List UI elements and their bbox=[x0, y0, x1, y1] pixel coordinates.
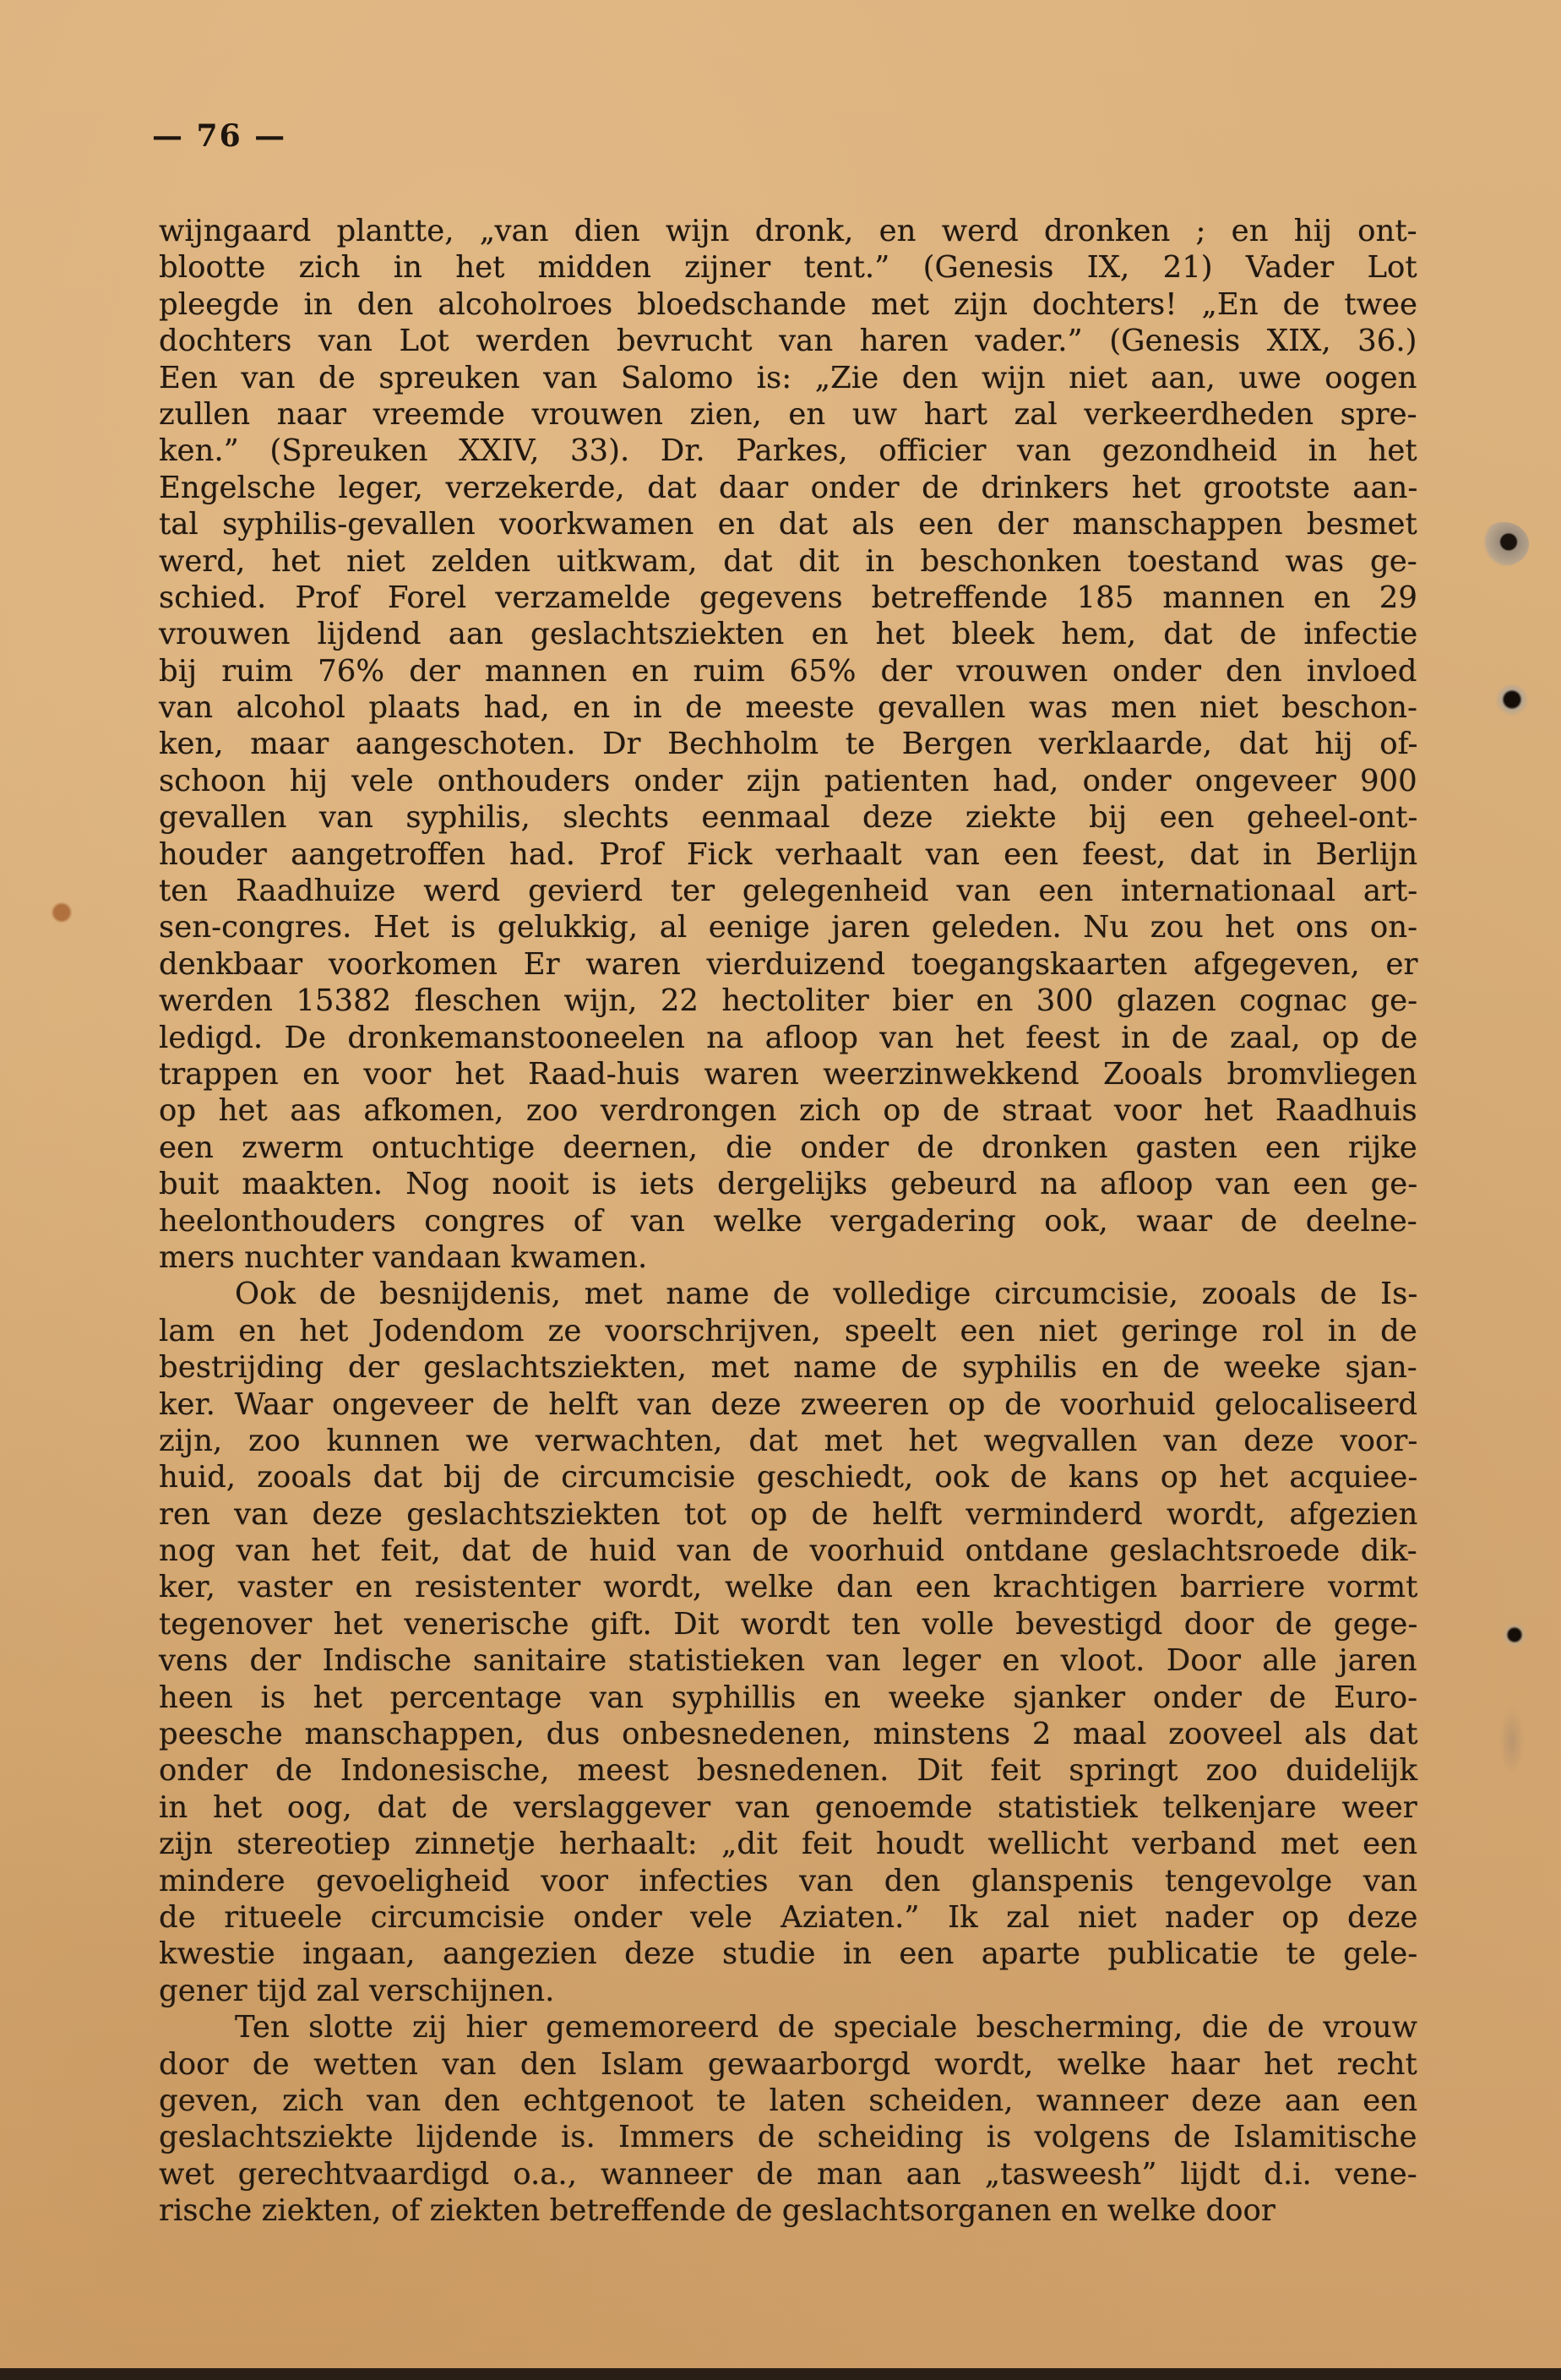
text-line: Engelsche leger, verzekerde, dat daar on… bbox=[159, 470, 1417, 506]
text-line: bestrijding der geslachtsziekten, met na… bbox=[159, 1349, 1417, 1386]
paper-hole-mark bbox=[1495, 684, 1529, 718]
text-line: ken.” (Spreuken XXIV, 33). Dr. Parkes, o… bbox=[159, 433, 1417, 469]
text-line: ren van deze geslachtsziekten tot op de … bbox=[159, 1496, 1417, 1533]
paper-hole-mark bbox=[1502, 1622, 1527, 1647]
paper-stain bbox=[1499, 1707, 1525, 1774]
text-line: ken, maar aangeschoten. Dr Bechholm te B… bbox=[159, 726, 1417, 762]
text-line: tegenover het venerische gift. Dit wordt… bbox=[159, 1606, 1417, 1642]
text-line: gener tijd zal verschijnen. bbox=[159, 1973, 1417, 2009]
text-line: mers nuchter vandaan kwamen. bbox=[159, 1239, 1417, 1276]
text-line: ker. Waar ongeveer de helft van deze zwe… bbox=[159, 1386, 1417, 1423]
text-line: tal syphilis-gevallen voorkwamen en dat … bbox=[159, 506, 1417, 542]
text-line: zijn stereotiep zinnetje herhaalt: „dit … bbox=[159, 1826, 1417, 1862]
text-line: de ritueele circumcisie onder vele Aziat… bbox=[159, 1899, 1417, 1936]
text-line: geslachtsziekte lijdende is. Immers de s… bbox=[159, 2119, 1417, 2155]
text-line: heelonthouders congres of van welke verg… bbox=[159, 1203, 1417, 1239]
text-line: pleegde in den alcoholroes bloedschande … bbox=[159, 286, 1417, 323]
text-line: trappen en voor het Raad-huis waren weer… bbox=[159, 1056, 1417, 1092]
text-line: schoon hij vele onthouders onder zijn pa… bbox=[159, 763, 1417, 799]
text-line: gevallen van syphilis, slechts eenmaal d… bbox=[159, 799, 1417, 836]
text-line: ledigd. De dronkemanstooneelen na afloop… bbox=[159, 1020, 1417, 1056]
text-line: werden 15382 fleschen wijn, 22 hectolite… bbox=[159, 983, 1417, 1019]
text-line: huid, zooals dat bij de circumcisie gesc… bbox=[159, 1459, 1417, 1495]
text-line: buit maakten. Nog nooit is iets dergelij… bbox=[159, 1166, 1417, 1202]
paper-hole-mark bbox=[1478, 522, 1529, 566]
text-line: houder aangetroffen had. Prof Fick verha… bbox=[159, 836, 1417, 873]
text-line: door de wetten van den Islam gewaarborgd… bbox=[159, 2046, 1417, 2083]
text-line: wet gerechtvaardigd o.a., wanneer de man… bbox=[159, 2156, 1417, 2192]
paragraph-2: Ook de besnijdenis, met name de volledig… bbox=[159, 1276, 1417, 2009]
text-line: rische ziekten, of ziekten betreffende d… bbox=[159, 2192, 1417, 2229]
paper-stain bbox=[51, 902, 73, 923]
text-line: geven, zich van den echtgenoot te laten … bbox=[159, 2083, 1417, 2119]
page-bottom-edge bbox=[0, 2368, 1561, 2380]
text-line: op het aas afkomen, zoo verdrongen zich … bbox=[159, 1092, 1417, 1129]
paragraph-1: wijngaard plantte, „van dien wijn dronk,… bbox=[159, 213, 1417, 1276]
text-line: bij ruim 76% der mannen en ruim 65% der … bbox=[159, 653, 1417, 689]
text-line: peesche manschappen, dus onbesnedenen, m… bbox=[159, 1716, 1417, 1752]
scanned-book-page: — 76 — wijngaard plantte, „van dien wijn… bbox=[0, 0, 1561, 2380]
text-line: zullen naar vreemde vrouwen zien, en uw … bbox=[159, 396, 1417, 433]
text-line: ten Raadhuize werd gevierd ter gelegenhe… bbox=[159, 873, 1417, 909]
text-line: vens der Indische sanitaire statistieken… bbox=[159, 1642, 1417, 1679]
text-line: in het oog, dat de verslaggever van geno… bbox=[159, 1789, 1417, 1826]
text-line: Een van de spreuken van Salomo is: „Zie … bbox=[159, 360, 1417, 396]
body-text: wijngaard plantte, „van dien wijn dronk,… bbox=[159, 213, 1417, 2229]
text-line: denkbaar voorkomen Er waren vierduizend … bbox=[159, 946, 1417, 983]
text-line: lam en het Jodendom ze voorschrijven, sp… bbox=[159, 1313, 1417, 1349]
text-line: sen-congres. Het is gelukkig, al eenige … bbox=[159, 909, 1417, 945]
text-line: ker, vaster en resistenter wordt, welke … bbox=[159, 1569, 1417, 1605]
text-line: een zwerm ontuchtige deernen, die onder … bbox=[159, 1130, 1417, 1166]
text-line: Ook de besnijdenis, met name de volledig… bbox=[159, 1276, 1417, 1312]
text-line: vrouwen lijdend aan geslachtsziekten en … bbox=[159, 616, 1417, 652]
text-line: werd, het niet zelden uitkwam, dat dit i… bbox=[159, 543, 1417, 580]
text-line: schied. Prof Forel verzamelde gegevens b… bbox=[159, 580, 1417, 616]
text-line: wijngaard plantte, „van dien wijn dronk,… bbox=[159, 213, 1417, 249]
text-line: mindere gevoeligheid voor infecties van … bbox=[159, 1863, 1417, 1899]
text-line: dochters van Lot werden bevrucht van har… bbox=[159, 323, 1417, 359]
text-line: kwestie ingaan, aangezien deze studie in… bbox=[159, 1936, 1417, 1972]
page-number: — 76 — bbox=[152, 118, 286, 154]
text-line: van alcohol plaats had, en in de meeste … bbox=[159, 689, 1417, 726]
text-line: Ten slotte zij hier gememoreerd de speci… bbox=[159, 2009, 1417, 2045]
text-line: nog van het feit, dat de huid van de voo… bbox=[159, 1533, 1417, 1569]
paragraph-3: Ten slotte zij hier gememoreerd de speci… bbox=[159, 2009, 1417, 2229]
text-line: blootte zich in het midden zijner tent.”… bbox=[159, 249, 1417, 286]
text-line: zijn, zoo kunnen we verwachten, dat met … bbox=[159, 1423, 1417, 1459]
text-line: heen is het percentage van syphillis en … bbox=[159, 1680, 1417, 1716]
text-line: onder de Indonesische, meest besnedenen.… bbox=[159, 1752, 1417, 1789]
